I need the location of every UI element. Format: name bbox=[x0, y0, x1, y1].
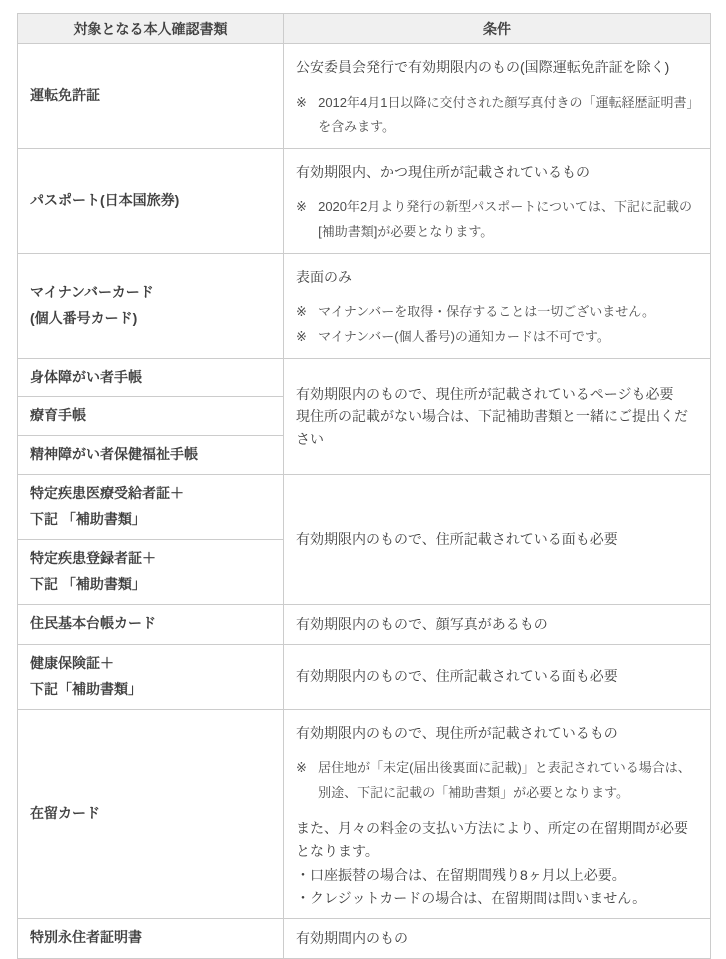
cond-juki-card: 有効期限内のもので、顔写真があるもの bbox=[284, 604, 711, 644]
condition-text: 有効期限内のもので、住所記載されている面も必要 bbox=[296, 665, 698, 687]
note: ※ 2020年2月より発行の新型パスポートについては、下記に記載の[補助書類]が… bbox=[296, 195, 698, 244]
doc-tokutei-jukyusha: 特定疾患医療受給者証＋ 下記 「補助書類」 bbox=[18, 475, 284, 540]
condition-text: 現住所の記載がない場合は、下記補助書類と一緒にご提出ください bbox=[296, 405, 698, 450]
note-text: 2012年4月1日以降に交付された顔写真付きの「運転経歴証明書」を含みます。 bbox=[318, 91, 698, 140]
payment-requirements: また、月々の料金の支払い方法により、所定の在留期間が必要となります。 ・口座振替… bbox=[296, 817, 698, 909]
note-text: マイナンバーを取得・保存することは一切ございません。 bbox=[318, 300, 698, 325]
bullet-item: ・クレジットカードの場合は、在留期間は問いません。 bbox=[296, 887, 698, 910]
table-row: 特別永住者証明書 有効期間内のもの bbox=[18, 918, 711, 958]
cond-drivers-license: 公安委員会発行で有効期限内のもの(国際運転免許証を除く) ※ 2012年4月1日… bbox=[284, 44, 711, 149]
condition-text: 有効期限内のもので、現住所が記載されているもの bbox=[296, 722, 698, 744]
note-marker: ※ bbox=[296, 300, 318, 325]
table-row: 住民基本台帳カード 有効期限内のもので、顔写真があるもの bbox=[18, 604, 711, 644]
doc-line: 健康保険証＋ bbox=[30, 651, 273, 677]
doc-line: 下記 「補助書類」 bbox=[30, 572, 273, 598]
cond-mynumber-card: 表面のみ ※ マイナンバーを取得・保存することは一切ございません。 ※ マイナン… bbox=[284, 253, 711, 358]
note-text: 居住地が「未定(届出後裏面に記載)」と表記されている場合は、別途、下記に記載の「… bbox=[318, 756, 698, 805]
note: ※ マイナンバーを取得・保存することは一切ございません。 bbox=[296, 300, 698, 325]
doc-line: 特定疾患医療受給者証＋ bbox=[30, 481, 273, 507]
doc-passport: パスポート(日本国旅券) bbox=[18, 149, 284, 254]
cond-disability-group: 有効期限内のもので、現住所が記載されているページも必要 現住所の記載がない場合は… bbox=[284, 358, 711, 475]
cond-special-permanent-resident: 有効期間内のもの bbox=[284, 918, 711, 958]
condition-text: 有効期限内のもので、顔写真があるもの bbox=[296, 613, 698, 635]
condition-text: 有効期限内のもので、現住所が記載されているページも必要 bbox=[296, 383, 698, 405]
doc-line: (個人番号カード) bbox=[30, 306, 273, 332]
condition-text: 有効期限内、かつ現住所が記載されているもの bbox=[296, 161, 698, 183]
condition-text: また、月々の料金の支払い方法により、所定の在留期間が必要となります。 bbox=[296, 817, 698, 863]
note-text: マイナンバー(個人番号)の通知カードは不可です。 bbox=[318, 325, 698, 350]
table-row: マイナンバーカード (個人番号カード) 表面のみ ※ マイナンバーを取得・保存す… bbox=[18, 253, 711, 358]
doc-line: マイナンバーカード bbox=[30, 280, 273, 306]
doc-mynumber-card: マイナンバーカード (個人番号カード) bbox=[18, 253, 284, 358]
doc-line: 下記 「補助書類」 bbox=[30, 507, 273, 533]
doc-tokutei-torokusha: 特定疾患登録者証＋ 下記 「補助書類」 bbox=[18, 539, 284, 604]
table-row: 健康保険証＋ 下記「補助書類」 有効期限内のもので、住所記載されている面も必要 bbox=[18, 644, 711, 709]
doc-juki-card: 住民基本台帳カード bbox=[18, 604, 284, 644]
header-documents: 対象となる本人確認書類 bbox=[18, 14, 284, 44]
doc-drivers-license: 運転免許証 bbox=[18, 44, 284, 149]
doc-health-insurance: 健康保険証＋ 下記「補助書類」 bbox=[18, 644, 284, 709]
doc-line: 下記「補助書類」 bbox=[30, 677, 273, 703]
doc-special-permanent-resident: 特別永住者証明書 bbox=[18, 918, 284, 958]
note-text: 2020年2月より発行の新型パスポートについては、下記に記載の[補助書類]が必要… bbox=[318, 195, 698, 244]
table-row: 在留カード 有効期限内のもので、現住所が記載されているもの ※ 居住地が「未定(… bbox=[18, 709, 711, 918]
table-row: 身体障がい者手帳 有効期限内のもので、現住所が記載されているページも必要 現住所… bbox=[18, 358, 711, 397]
cond-tokutei-group: 有効期限内のもので、住所記載されている面も必要 bbox=[284, 475, 711, 605]
table-row: パスポート(日本国旅券) 有効期限内、かつ現住所が記載されているもの ※ 202… bbox=[18, 149, 711, 254]
doc-mental-disability-techo: 精神障がい者保健福祉手帳 bbox=[18, 436, 284, 475]
note-marker: ※ bbox=[296, 756, 318, 805]
note-marker: ※ bbox=[296, 195, 318, 244]
cond-health-insurance: 有効期限内のもので、住所記載されている面も必要 bbox=[284, 644, 711, 709]
condition-text: 有効期限内のもので、住所記載されている面も必要 bbox=[296, 528, 698, 550]
doc-line: 特定疾患登録者証＋ bbox=[30, 546, 273, 572]
condition-text: 有効期間内のもの bbox=[296, 927, 698, 949]
table-header-row: 対象となる本人確認書類 条件 bbox=[18, 14, 711, 44]
identity-documents-table: 対象となる本人確認書類 条件 運転免許証 公安委員会発行で有効期限内のもの(国際… bbox=[17, 13, 711, 959]
condition-text: 公安委員会発行で有効期限内のもの(国際運転免許証を除く) bbox=[296, 56, 698, 78]
note-marker: ※ bbox=[296, 325, 318, 350]
note: ※ 2012年4月1日以降に交付された顔写真付きの「運転経歴証明書」を含みます。 bbox=[296, 91, 698, 140]
table-row: 運転免許証 公安委員会発行で有効期限内のもの(国際運転免許証を除く) ※ 201… bbox=[18, 44, 711, 149]
header-conditions: 条件 bbox=[284, 14, 711, 44]
note: ※ マイナンバー(個人番号)の通知カードは不可です。 bbox=[296, 325, 698, 350]
doc-physical-disability-techo: 身体障がい者手帳 bbox=[18, 358, 284, 397]
doc-ryoiku-techo: 療育手帳 bbox=[18, 397, 284, 436]
bullet-item: ・口座振替の場合は、在留期間残り8ヶ月以上必要。 bbox=[296, 864, 698, 887]
table-row: 特定疾患医療受給者証＋ 下記 「補助書類」 有効期限内のもので、住所記載されてい… bbox=[18, 475, 711, 540]
condition-text: 表面のみ bbox=[296, 266, 698, 288]
doc-residence-card: 在留カード bbox=[18, 709, 284, 918]
cond-residence-card: 有効期限内のもので、現住所が記載されているもの ※ 居住地が「未定(届出後裏面に… bbox=[284, 709, 711, 918]
note-marker: ※ bbox=[296, 91, 318, 140]
cond-passport: 有効期限内、かつ現住所が記載されているもの ※ 2020年2月より発行の新型パス… bbox=[284, 149, 711, 254]
note: ※ 居住地が「未定(届出後裏面に記載)」と表記されている場合は、別途、下記に記載… bbox=[296, 756, 698, 805]
